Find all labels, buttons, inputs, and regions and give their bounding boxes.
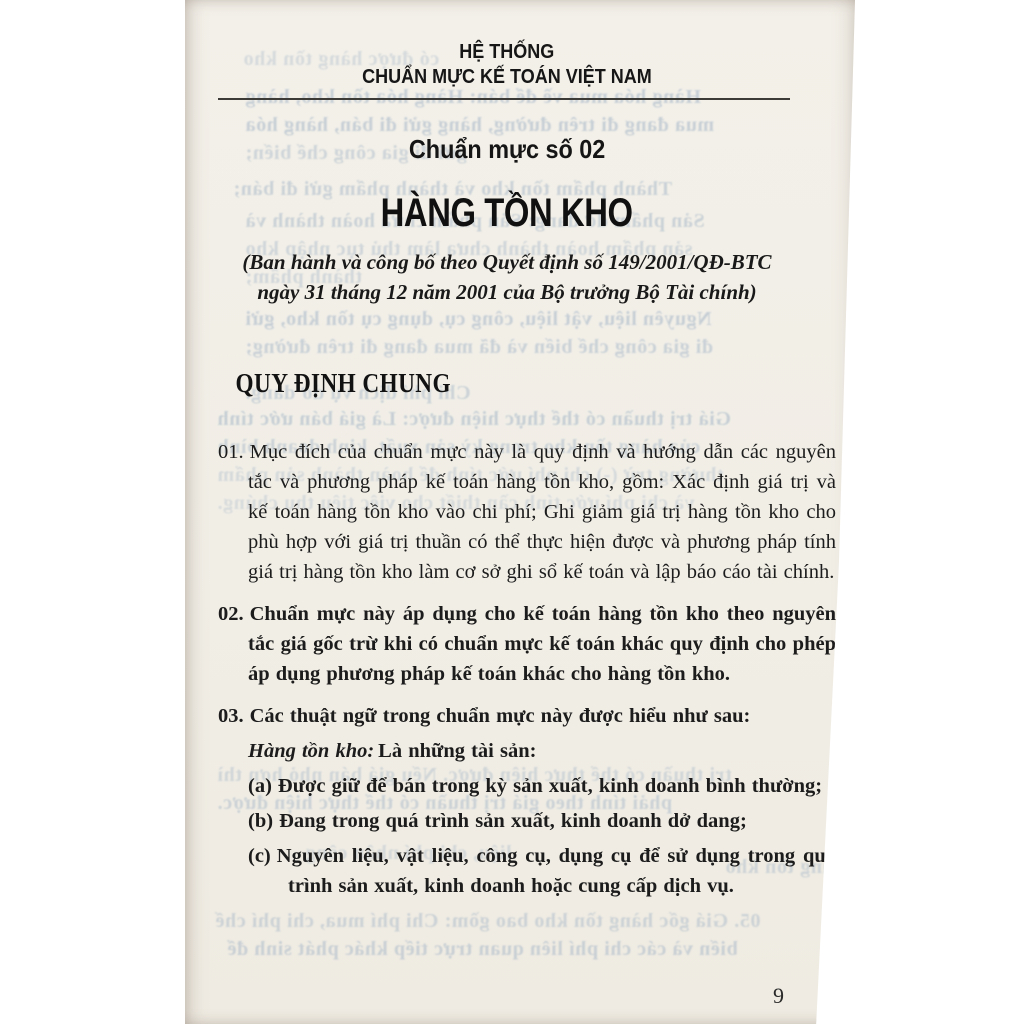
list-item-b-marker: (b) <box>248 810 279 832</box>
list-item-c-marker: (c) <box>248 845 277 867</box>
list-item-a-text: Được giữ để bán trong kỳ sản xuất, kinh … <box>278 775 822 797</box>
standard-title: HÀNG TỒN KHO <box>218 189 796 237</box>
list-item-b: (b)Đang trong quá trình sản xuất, kinh d… <box>248 806 836 836</box>
paragraph-03: 03.Các thuật ngữ trong chuẩn mực này đượ… <box>218 701 836 731</box>
standard-number-label: Chuẩn mực số 02 <box>218 133 796 165</box>
issuance-note: (Ban hành và công bố theo Quyết định số … <box>218 247 796 307</box>
paragraph-01-text: Mục đích của chuẩn mực này là quy định v… <box>248 441 836 583</box>
section-heading: QUY ĐỊNH CHUNG <box>218 365 836 401</box>
list-item-a: (a)Được giữ để bán trong kỳ sản xuất, ki… <box>248 771 836 801</box>
paragraph-03-text: Các thuật ngữ trong chuẩn mực này được h… <box>250 705 751 727</box>
list-item-a-marker: (a) <box>248 775 278 797</box>
definition-line: Hàng tồn kho:Là những tài sản: <box>248 736 836 766</box>
list-item-b-text: Đang trong quá trình sản xuất, kinh doan… <box>279 810 747 832</box>
paragraph-01: 01.Mục đích của chuẩn mực này là quy địn… <box>218 437 836 587</box>
paragraph-02-number: 02. <box>218 603 250 625</box>
issuance-line1: (Ban hành và công bố theo Quyết định số … <box>218 247 796 277</box>
page-number: 9 <box>773 983 784 1009</box>
list-item-c: (c)Nguyên liệu, vật liệu, công cụ, dụng … <box>248 841 836 901</box>
paragraph-03-number: 03. <box>218 705 250 727</box>
issuance-line2: ngày 31 tháng 12 năm 2001 của Bộ trưởng … <box>218 277 796 307</box>
series-title-line1: HỆ THỐNG <box>218 40 796 65</box>
paragraph-02: 02.Chuẩn mực này áp dụng cho kế toán hàn… <box>218 599 836 689</box>
list-item-c-text: Nguyên liệu, vật liệu, công cụ, dụng cụ … <box>277 845 836 897</box>
paragraph-02-text: Chuẩn mực này áp dụng cho kế toán hàng t… <box>248 603 836 685</box>
page-content: HỆ THỐNG CHUẨN MỰC KẾ TOÁN VIỆT NAM Chuẩ… <box>185 0 855 1024</box>
paragraph-01-number: 01. <box>218 441 250 463</box>
header-rule <box>218 98 790 100</box>
definition-lead: Là những tài sản: <box>378 740 536 762</box>
screenshot-canvas: có được hàng tồn khoHàng hóa mua về để b… <box>0 0 1024 1024</box>
series-title-line2: CHUẨN MỰC KẾ TOÁN VIỆT NAM <box>218 65 796 90</box>
scanned-book-page: có được hàng tồn khoHàng hóa mua về để b… <box>185 0 855 1024</box>
definition-term: Hàng tồn kho: <box>248 740 378 762</box>
series-header: HỆ THỐNG CHUẨN MỰC KẾ TOÁN VIỆT NAM <box>218 0 796 100</box>
